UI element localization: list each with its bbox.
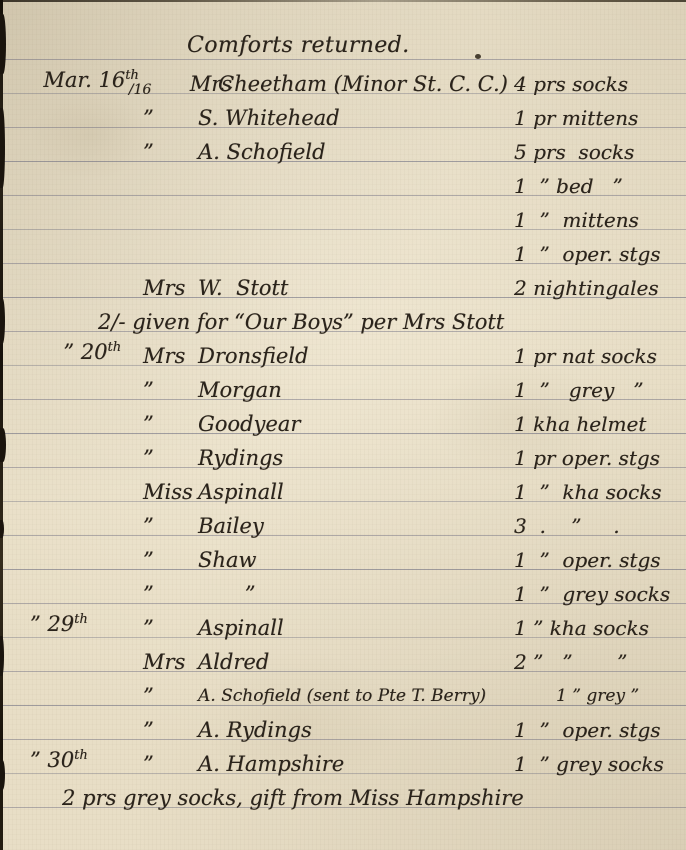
entry-date-main: ” 20 [30,340,108,364]
entry-name: A. Rydings [198,717,312,743]
ledger-row: MissAspinall1 ” kha socks [0,471,686,505]
entry-name-prefix: ” [143,411,154,437]
entry-name-prefix: Mrs [143,275,185,301]
entry-name-prefix: ” [143,683,154,709]
entry-date-suffix: th [125,68,139,83]
entry-quantity: 1 ” grey ” [556,683,639,709]
ledger-row: ”S. Whitehead1 pr mittens [0,97,686,131]
ledger-row: MrsW. Stott2 nightingales [0,267,686,301]
entry-quantity: 5 prs socks [514,139,634,165]
entry-name-prefix: ” [143,377,154,403]
entry-date-suffix: th [108,340,122,355]
ledger-row: ”A. Rydings1 ” oper. stgs [0,709,686,743]
entry-quantity: 1 ” oper. stgs [514,717,661,743]
ledger-note-row: 2 prs grey socks, gift from Miss Hampshi… [0,777,686,811]
entry-name: A. Hampshire [198,751,344,777]
entry-date: ” 30th [30,747,88,777]
ledger-row: ” ”1 ” grey socks [0,573,686,607]
entry-quantity: 1 pr nat socks [514,343,657,369]
entry-name-prefix: ” [143,139,154,165]
entry-name-prefix: ” [143,513,154,539]
ledger-row: 1 ” mittens [0,199,686,233]
entry-name: Bailey [198,513,264,539]
entry-quantity: 1 ” grey socks [514,581,670,607]
ledger-row: ” 20thMrsDronsfield1 pr nat socks [0,335,686,369]
entry-date-main: Mar. 16 [30,68,125,92]
entry-quantity: 2 ” ” ” [514,649,627,675]
entry-quantity: 1 ” kha socks [514,615,649,641]
ledger-row: ” 29th”Aspinall1 ” kha socks [0,607,686,641]
entry-quantity: 1 ” grey ” [514,377,644,403]
entry-date: ” 20th [30,339,121,369]
entry-name: Shaw [198,547,256,573]
entry-name-prefix: Mrs [143,649,185,675]
entry-quantity: 2 nightingales [514,275,659,301]
entry-quantity: 1 ” oper. stgs [514,547,661,573]
entry-name: Dronsfield [198,343,308,369]
entry-date-suffix: th [74,748,88,763]
entry-quantity: 1 ” grey socks [514,751,664,777]
entry-name-prefix: ” [143,547,154,573]
ledger-row: ”Bailey3 . ” . [0,505,686,539]
entry-date-suffix: th [74,612,88,627]
entry-date: ” 29th [30,611,88,641]
ledger-row: ”Shaw1 ” oper. stgs [0,539,686,573]
entry-name-prefix: ” [143,105,154,131]
entry-name-prefix: Miss [143,479,193,505]
ledger-row: ”Morgan1 ” grey ” [0,369,686,403]
entry-name-prefix: Mrs [143,343,185,369]
ledger-page: Comforts returned. Mar. 16th/16 Mrs Chee… [0,0,686,850]
entry-name: Rydings [198,445,283,471]
entry-date-main: ” 29 [30,612,74,636]
ledger-row: ”Goodyear1 kha helmet [0,403,686,437]
entry-name: S. Whitehead [198,105,340,131]
entry-name-prefix: ” [143,581,154,607]
entry-quantity: 1 ” bed ” [514,173,623,199]
entry-quantity: 1 kha helmet [514,411,646,437]
entry-quantity: 3 . ” . [514,513,620,539]
ledger-row: ”A. Schofield5 prs socks [0,131,686,165]
entry-note: 2/- given for “Our Boys” per Mrs Stott [98,309,504,335]
entry-quantity: 1 ” mittens [514,207,639,233]
entry-name-prefix: ” [143,717,154,743]
ledger-note-row: 2/- given for “Our Boys” per Mrs Stott [0,301,686,335]
entry-date-main: ” 30 [30,748,74,772]
entry-name-prefix: ” [143,615,154,641]
ink-blot [475,54,481,59]
ledger-row: ”A. Schofield (sent to Pte T. Berry)1 ” … [0,675,686,709]
entry-quantity: 1 ” oper. stgs [514,241,661,267]
entry-name: Aldred [198,649,269,675]
entry-name: Aspinall [198,615,284,641]
entry-quantity: 4 prs socks [514,71,628,97]
entry-name: Morgan [198,377,282,403]
page-title: Comforts returned. [187,33,410,59]
entry-name: A. Schofield (sent to Pte T. Berry) [198,683,486,709]
entry-date: Mar. 16th/16 [30,67,151,97]
entry-quantity: 1 pr mittens [514,105,638,131]
ruled-line [0,59,686,60]
ledger-row: ”Rydings1 pr oper. stgs [0,437,686,471]
entry-quantity: 1 ” kha socks [514,479,662,505]
entry-note: 2 prs grey socks, gift from Miss Hampshi… [62,785,524,811]
entry-name: Cheetham (Minor St. C. C.) [198,71,508,97]
ledger-row: 1 ” bed ” [0,165,686,199]
ledger-row: 1 ” oper. stgs [0,233,686,267]
entry-name-prefix: ” [143,751,154,777]
entry-name: ” [198,581,255,607]
ledger-row: MrsAldred2 ” ” ” [0,641,686,675]
page-top-edge [0,0,686,2]
entry-name-prefix: ” [143,445,154,471]
ledger-row: ” 30th”A. Hampshire1 ” grey socks [0,743,686,777]
entry-quantity: 1 pr oper. stgs [514,445,660,471]
entry-name: A. Schofield [198,139,325,165]
entry-name: Aspinall [198,479,284,505]
ledger-row: Mar. 16th/16 Mrs Cheetham (Minor St. C. … [0,63,686,97]
entry-name: W. Stott [198,275,288,301]
entry-name: Goodyear [198,411,300,437]
